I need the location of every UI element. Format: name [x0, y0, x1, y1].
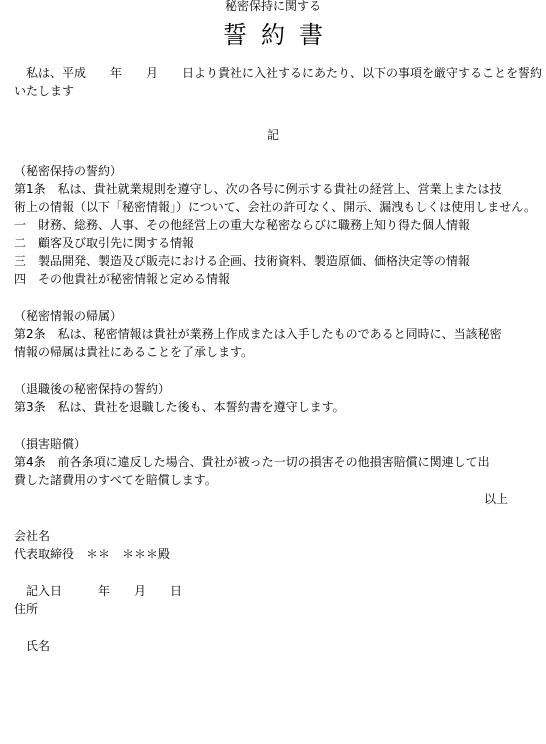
closing-ijou: 以上 [484, 490, 508, 508]
section-1-item-4: 四 その他貴社が秘密情報と定める情報 [14, 270, 230, 288]
section-2-heading: （秘密情報の帰属） [14, 307, 122, 325]
company-name-label: 会社名 [14, 527, 50, 545]
section-4-line-1: 第4条 前各条項に違反した場合、貴社が被った一切の損害その他損害賠償に関連して出 [14, 453, 490, 471]
section-4-heading: （損害賠償） [14, 435, 86, 453]
section-1-item-1: 一 財務、総務、人事、その他経営上の重大な秘密ならびに職務上知り得た個人情報 [14, 216, 470, 234]
section-1-item-2: 二 顧客及び取引先に関する情報 [14, 234, 194, 252]
name-label: 氏名 [14, 637, 50, 655]
entry-date-line: 記入日 年 月 日 [14, 582, 182, 600]
address-label: 住所 [14, 600, 38, 618]
section-3-heading: （退職後の秘密保持の誓約） [14, 380, 170, 398]
section-3-line-1: 第3条 私は、貴社を退職した後も、本誓約書を遵守します。 [14, 398, 345, 416]
section-1-heading: （秘密保持の誓約） [14, 162, 122, 180]
section-1-line-2: 術上の情報（以下「秘密情報」）について、会社の許可なく、開示、漏洩もしくは使用し… [14, 198, 536, 216]
section-1-line-1: 第1条 私は、貴社就業規則を遵守し、次の各号に例示する貴社の経営上、営業上または… [14, 180, 502, 198]
document-subtitle: 秘密保持に関する [0, 0, 546, 15]
section-1-item-3: 三 製品開発、製造及び販売における企画、技術資料、製造原価、価格決定等の情報 [14, 252, 470, 270]
intro-line-1: 私は、平成 年 月 日より貴社に入社するにあたり、以下の事項を厳守することを誓約 [14, 64, 542, 82]
document-title: 誓約書 [0, 20, 546, 50]
representative-line: 代表取締役 ＊＊ ＊＊＊殿 [14, 545, 170, 563]
intro-line-2: いたします [14, 82, 74, 100]
section-2-line-1: 第2条 私は、秘密情報は貴社が業務上作成または入手したものであると同時に、当該秘… [14, 325, 502, 343]
section-4-line-2: 費した諸費用のすべてを賠償します。 [14, 471, 217, 489]
ki-heading: 記 [0, 126, 546, 144]
section-2-line-2: 情報の帰属は貴社にあることを了承します。 [14, 343, 253, 361]
